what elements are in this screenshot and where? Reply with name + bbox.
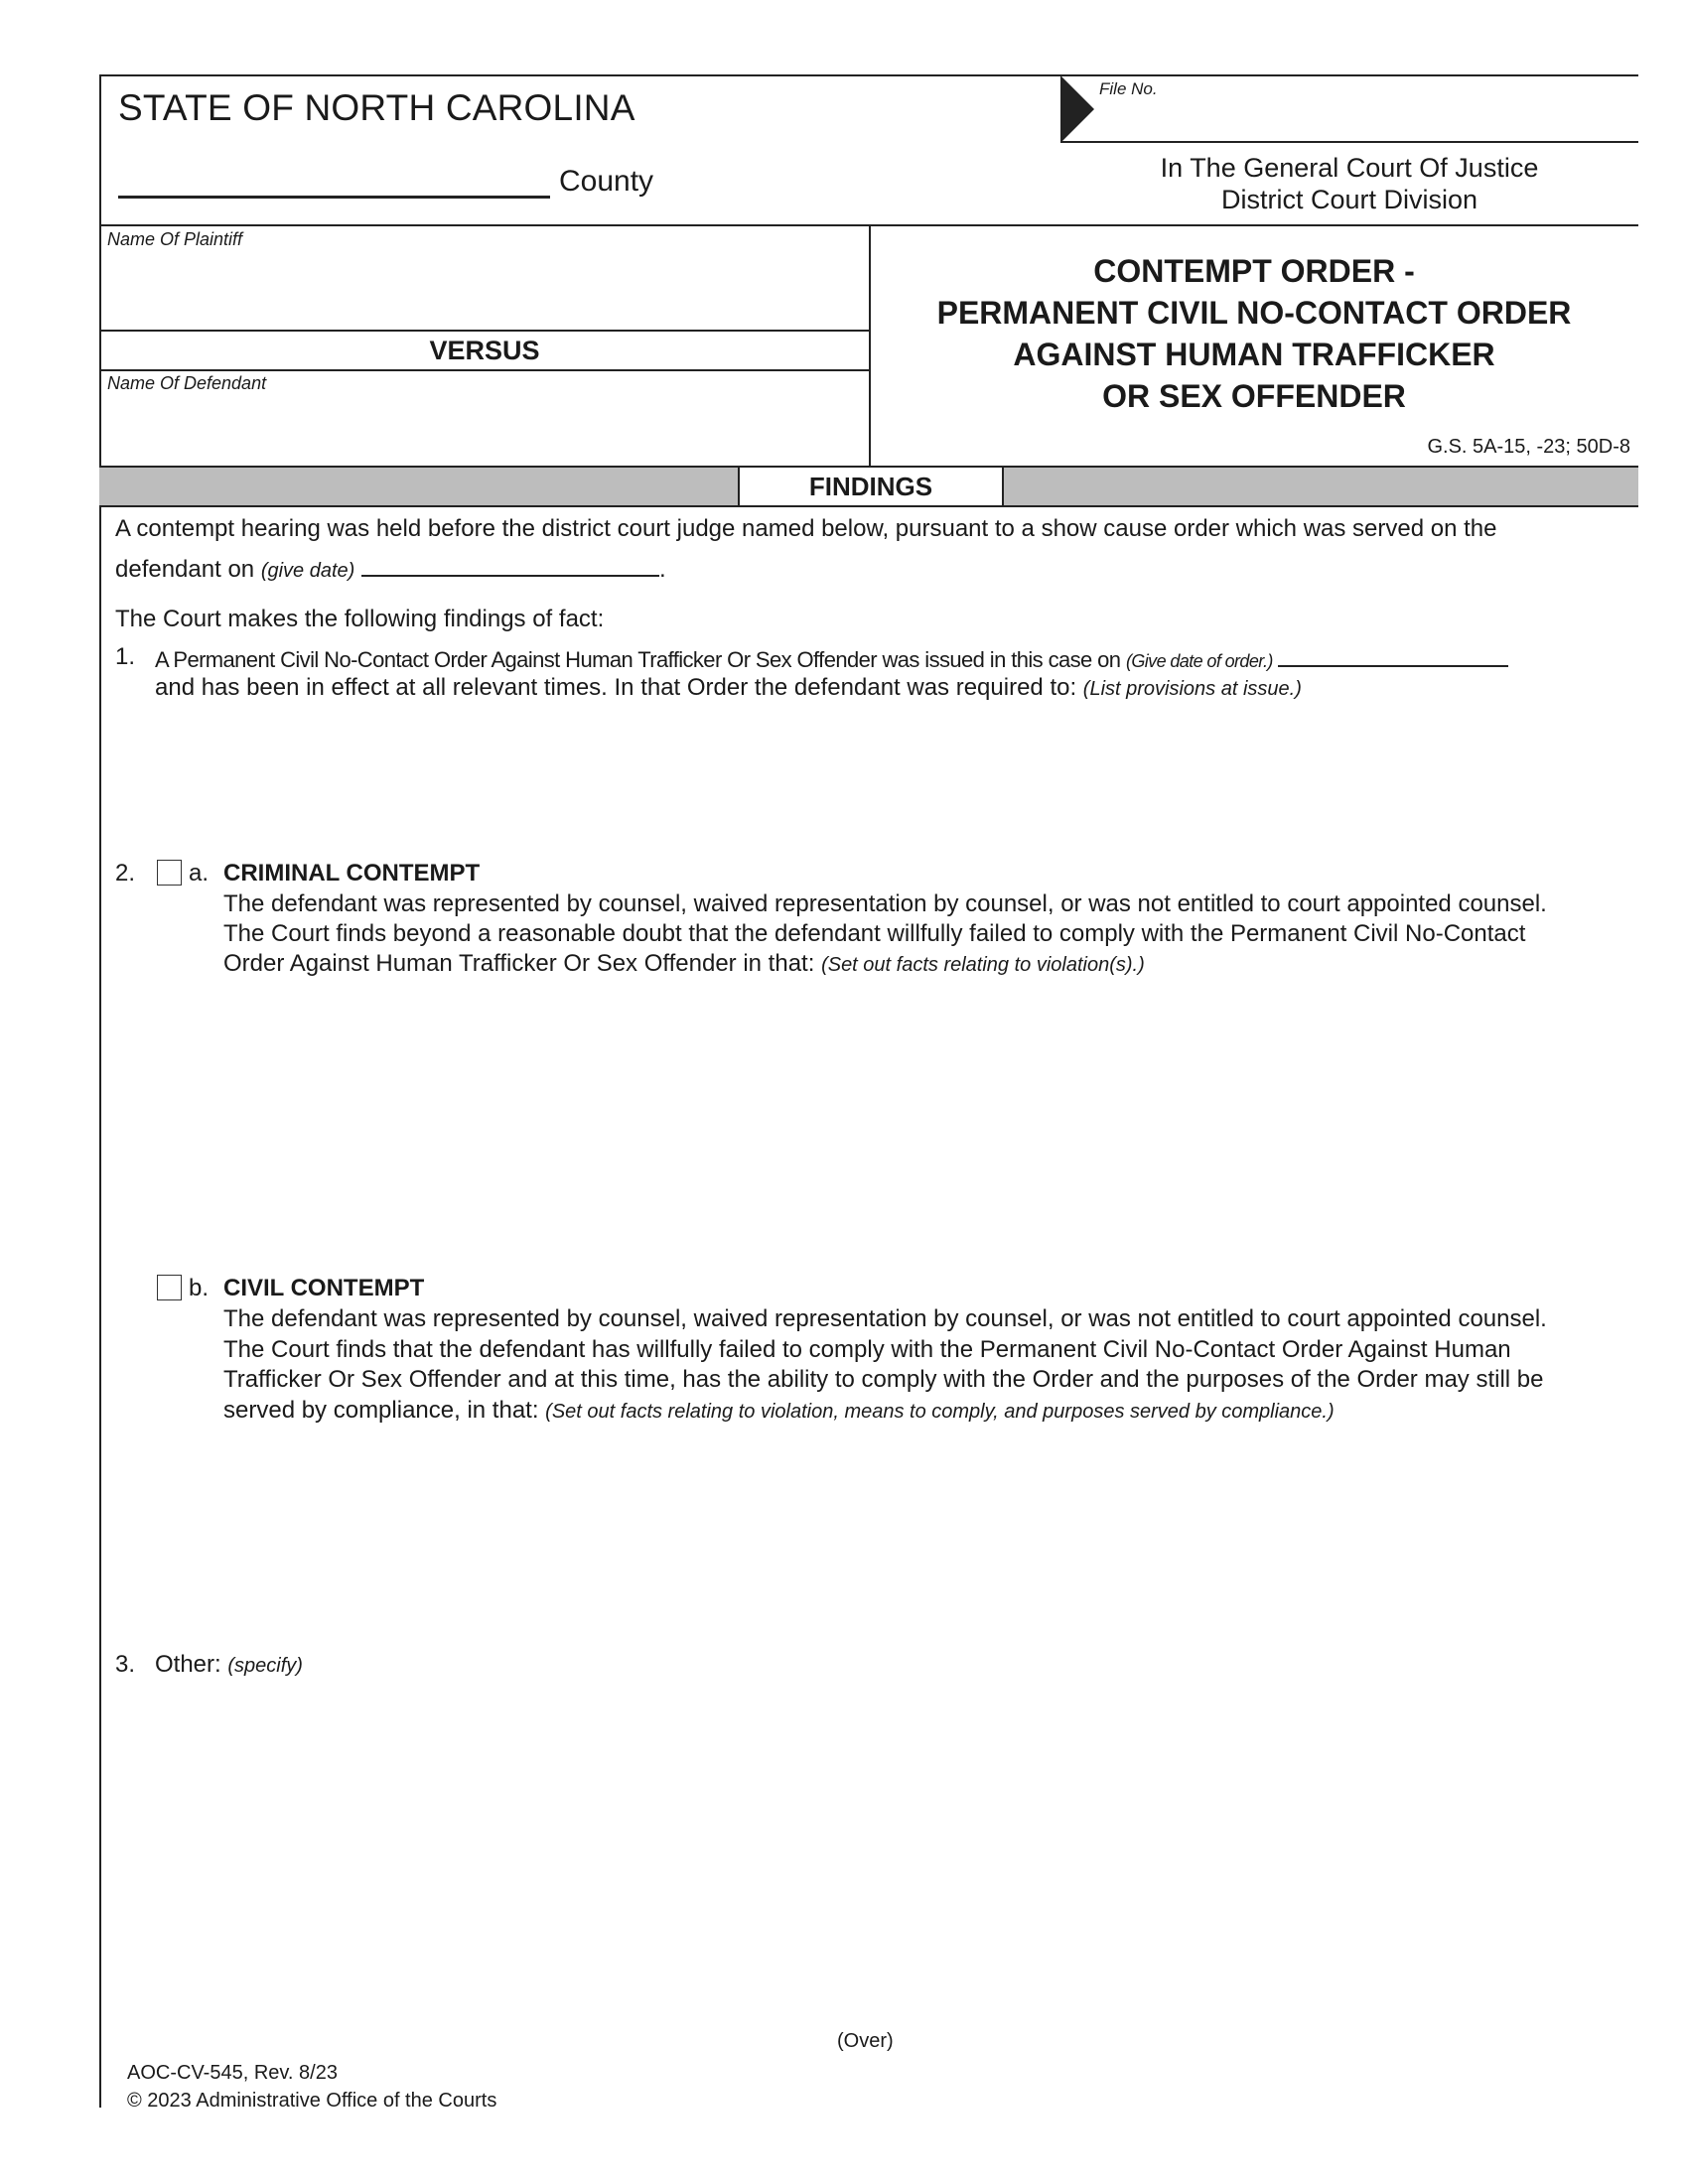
form-title-line-3: AGAINST HUMAN TRAFFICKER: [870, 337, 1638, 373]
versus-divider: [99, 369, 870, 371]
item-2-number: 2.: [115, 860, 135, 887]
defendant-label: Name Of Defendant: [107, 373, 266, 394]
item-1-text: A Permanent Civil No-Contact Order Again…: [155, 647, 1120, 672]
item-2b-line-4-text: served by compliance, in that:: [223, 1397, 539, 1424]
intro-period: .: [659, 556, 666, 583]
specify-hint: (specify): [227, 1655, 303, 1677]
file-no-underline: [1060, 141, 1638, 143]
item-1-line-1: A Permanent Civil No-Contact Order Again…: [155, 645, 1508, 673]
versus-label: VERSUS: [99, 336, 870, 366]
intro-text-line-2: defendant on (give date) .: [115, 553, 666, 584]
provisions-input[interactable]: [155, 707, 1624, 836]
item-2b-line-4: served by compliance, in that: (Set out …: [223, 1397, 1335, 1425]
form-top-border: [99, 74, 1638, 76]
copyright: © 2023 Administrative Office of the Cour…: [127, 2090, 496, 2113]
plaintiff-divider: [99, 330, 870, 332]
other-label: Other:: [155, 1651, 221, 1678]
civil-contempt-heading: CIVIL CONTEMPT: [223, 1275, 424, 1302]
item-2b-line-2: The Court finds that the defendant has w…: [223, 1336, 1511, 1364]
item-1-line-2: and has been in effect at all relevant t…: [155, 674, 1302, 702]
file-no-input[interactable]: [1099, 103, 1625, 137]
item-2a-letter: a.: [189, 860, 209, 887]
give-date-hint: (give date): [261, 560, 355, 582]
item-2b-line-1: The defendant was represented by counsel…: [223, 1305, 1547, 1333]
findings-heading: FINDINGS: [738, 466, 1004, 507]
civil-contempt-facts-input[interactable]: [223, 1432, 1623, 1640]
item-2b-line-3: Trafficker Or Sex Offender and at this t…: [223, 1366, 1544, 1394]
item-1-required-text: and has been in effect at all relevant t…: [155, 674, 1076, 701]
item-3-line: Other: (specify): [155, 1651, 303, 1679]
county-input[interactable]: [118, 196, 550, 199]
state-heading: STATE OF NORTH CAROLINA: [118, 87, 635, 129]
court-name: In The General Court Of Justice: [1060, 153, 1638, 184]
civil-contempt-checkbox[interactable]: [157, 1275, 182, 1300]
criminal-contempt-checkbox[interactable]: [157, 860, 182, 886]
form-id: AOC-CV-545, Rev. 8/23: [127, 2062, 338, 2085]
file-no-arrow-icon: [1060, 75, 1094, 143]
intro-text-line-1: A contempt hearing was held before the d…: [115, 515, 1496, 543]
form-title-line-2: PERMANENT CIVIL NO-CONTACT ORDER: [870, 295, 1638, 332]
violation-facts-hint: (Set out facts relating to violation(s).…: [821, 954, 1145, 976]
form-left-border: [99, 74, 101, 2108]
file-no-label: File No.: [1099, 79, 1158, 99]
item-2b-letter: b.: [189, 1275, 209, 1302]
defendant-input[interactable]: [107, 397, 862, 461]
plaintiff-label: Name Of Plaintiff: [107, 229, 242, 250]
county-label: County: [559, 165, 653, 199]
form-title-line-4: OR SEX OFFENDER: [870, 378, 1638, 415]
facts-intro: The Court makes the following findings o…: [115, 606, 604, 633]
court-division: District Court Division: [1060, 185, 1638, 215]
plaintiff-input[interactable]: [107, 254, 862, 326]
item-2a-line-1: The defendant was represented by counsel…: [223, 890, 1547, 918]
form-title-line-1: CONTEMPT ORDER -: [870, 253, 1638, 290]
other-findings-input[interactable]: [155, 1688, 1624, 2015]
item-2a-line-3-text: Order Against Human Trafficker Or Sex Of…: [223, 950, 814, 977]
order-date-hint: (Give date of order.): [1126, 651, 1273, 671]
service-date-input[interactable]: [361, 553, 659, 577]
statute-reference: G.S. 5A-15, -23; 50D-8: [1427, 436, 1630, 459]
criminal-contempt-facts-input[interactable]: [223, 985, 1623, 1263]
item-2a-line-2: The Court finds beyond a reasonable doub…: [223, 920, 1525, 948]
provisions-hint: (List provisions at issue.): [1083, 678, 1302, 700]
order-date-input[interactable]: [1278, 645, 1508, 667]
intro-defendant-on: defendant on: [115, 556, 254, 583]
criminal-contempt-heading: CRIMINAL CONTEMPT: [223, 860, 480, 887]
item-3-number: 3.: [115, 1651, 135, 1679]
compliance-facts-hint: (Set out facts relating to violation, me…: [545, 1401, 1334, 1423]
over-indicator: (Over): [837, 2030, 894, 2053]
item-2a-line-3: Order Against Human Trafficker Or Sex Of…: [223, 950, 1145, 978]
item-1-number: 1.: [115, 643, 135, 671]
